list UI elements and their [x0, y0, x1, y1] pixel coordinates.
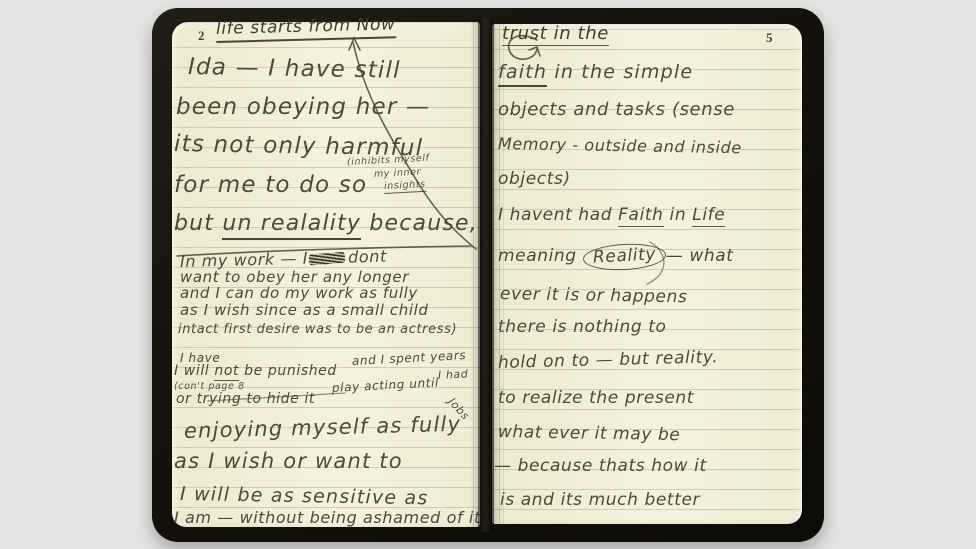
handwritten-line: to realize the present — [498, 389, 694, 408]
handwritten-line: is and its much better — [500, 491, 700, 510]
handwritten-line: play acting until — [332, 376, 440, 395]
handwritten-line: for me to do so — [174, 173, 367, 198]
text-segment: Faith — [618, 205, 663, 227]
text-segment: I havent had — [498, 205, 618, 225]
text-segment: be punished — [239, 363, 337, 379]
text-segment: insights — [384, 179, 426, 194]
handwritten-line: I had — [438, 368, 469, 382]
handwritten-line: and I spent years — [352, 349, 467, 368]
handwritten-line: and I can do my work as fully — [180, 285, 418, 302]
handwritten-line: what ever it may be — [498, 423, 681, 445]
handwritten-line: I will not be punished — [174, 364, 337, 379]
text-segment: but — [174, 211, 222, 236]
handwritten-line: there is nothing to — [498, 318, 667, 337]
text-segment: meaning — [498, 246, 583, 266]
text-segment: not — [214, 363, 239, 381]
text-segment: Life — [692, 205, 725, 227]
handwritten-line: meaning Reality— what — [498, 244, 734, 270]
handwritten-line: ever it is or happens — [500, 285, 688, 307]
text-segment: faith — [498, 61, 547, 87]
handwritten-line: objects and tasks (sense — [498, 100, 735, 120]
handwritten-line: I havent had Faith in Life — [498, 206, 725, 225]
handwritten-line: been obeying her — — [176, 95, 430, 120]
page-number-right: 5 — [766, 30, 774, 46]
handwritten-line: I am — without being ashamed of it — [174, 509, 481, 527]
handwritten-line: objects) — [498, 170, 571, 189]
handwritten-line: — because thats how it — [494, 457, 707, 476]
text-segment: in the simple — [547, 61, 693, 83]
handwritten-title: life starts from Now — [216, 15, 396, 38]
handwritten-line: as I wish or want to — [174, 450, 403, 473]
handwritten-line: faith in the simple — [498, 62, 693, 83]
photo-background: 2 life starts from Now Ida — I have stil… — [0, 0, 976, 549]
handwritten-line: but un realality because, — [174, 212, 478, 236]
text-segment: — what — [666, 246, 734, 266]
text-segment: dont — [348, 247, 387, 267]
text-segment: in — [664, 205, 693, 225]
text-segment: life starts from Now — [216, 14, 396, 43]
handwritten-line: or trying to hide it — [176, 392, 315, 407]
page-number-left: 2 — [198, 28, 206, 44]
handwritten-line: I will be as sensitive as — [180, 484, 429, 509]
notebook-page-left: 2 life starts from Now Ida — I have stil… — [172, 22, 480, 527]
notebook: 2 life starts from Now Ida — I have stil… — [152, 8, 824, 542]
marginal-annotation: insights — [384, 180, 426, 193]
notebook-spine-gutter — [478, 18, 494, 532]
handwritten-line: intact first desire was to be an actress… — [178, 323, 457, 337]
handwritten-line: as I wish since as a small child — [180, 302, 429, 319]
handwritten-line: trust in the — [502, 24, 609, 44]
text-segment: I will — [174, 363, 214, 379]
handwritten-line: Ida — I have still — [188, 55, 401, 84]
circled-word: Reality — [582, 242, 666, 272]
text-segment: un realality — [222, 211, 361, 240]
handwritten-line: hold on to — but reality. — [498, 348, 719, 372]
handwritten-line: enjoying myself as fully — [184, 413, 462, 443]
handwritten-line: Memory - outside and inside — [498, 135, 742, 157]
notebook-page-right: 5 trust in the faith in the simple objec… — [492, 24, 802, 524]
scribbled-out-word — [309, 252, 346, 266]
text-segment: trust in the — [502, 23, 609, 46]
text-segment: because, — [361, 211, 478, 236]
